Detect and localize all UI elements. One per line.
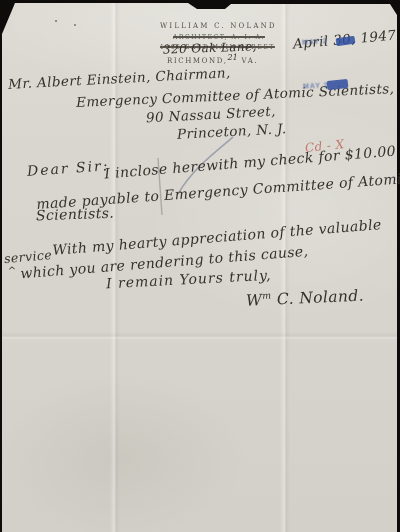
paper-speck: [74, 24, 76, 26]
letter-photograph: WILLIAM C. NOLAND ARCHITECT, A. I. A. 11…: [0, 0, 400, 532]
letterhead-name: WILLIAM C. NOLAND: [160, 22, 277, 30]
body-line3: Scientists.: [36, 206, 115, 225]
letterhead-city: RICHMOND,: [167, 57, 228, 65]
received-stamp-recipient: MAY 2: [303, 82, 329, 90]
signature-initial: W: [246, 291, 263, 310]
letterhead-city-line: RICHMOND,21 VA.: [167, 56, 258, 65]
letterhead-zone-handwritten: 21: [228, 53, 238, 62]
paper-crease-right: [280, 0, 290, 532]
paper-crease-horizontal: [2, 332, 397, 340]
letterhead-state: VA.: [242, 57, 259, 65]
signature-superscript: m: [262, 290, 272, 301]
caret-mark: ^: [8, 266, 18, 278]
paper-speck: [55, 20, 57, 22]
